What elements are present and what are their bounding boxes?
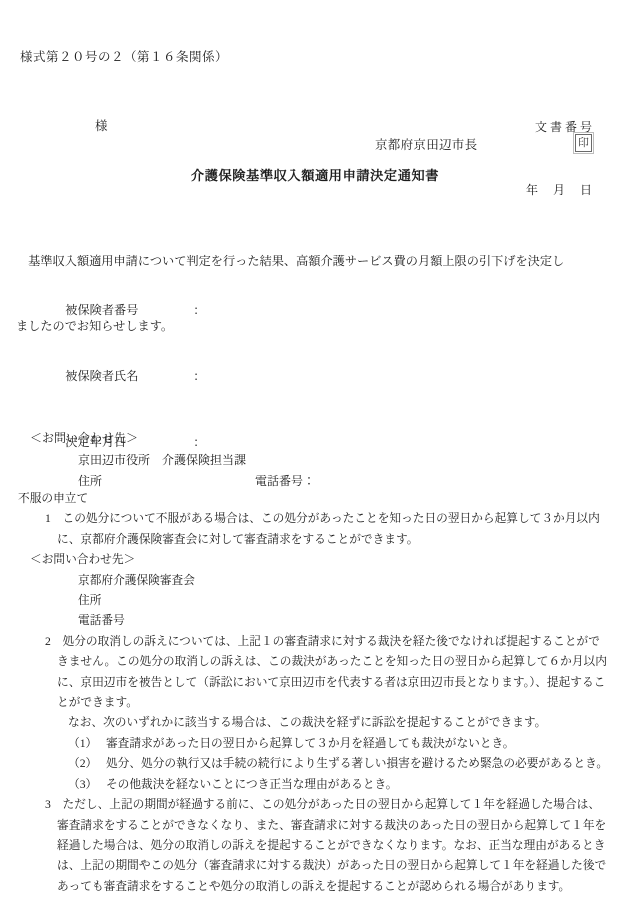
addressee-line: 様 xyxy=(95,116,108,134)
issuer-name: 京都府京田辺市長 xyxy=(375,135,477,153)
contact-office: 京田辺市役所 介護保険担当課 xyxy=(0,450,630,472)
appeal-heading: 不服の申立て xyxy=(0,489,630,509)
appeal-line: （1） 審査請求があった日の翌日から起算して３か月を経過しても裁決がないとき。 xyxy=(0,734,630,754)
appeal-line: 審査請求をすることができなくなり、また、審査請求に対する裁決のあった日の翌日から… xyxy=(0,816,630,836)
appeal-line: 住所 xyxy=(0,591,630,611)
field-insured-name: 被保険者氏名： xyxy=(47,343,205,409)
appeal-line: 1 この処分について不服がある場合は、この処分があったことを知った日の翌日から起… xyxy=(0,509,630,529)
issuer-row: 京都府京田辺市長 印 xyxy=(0,135,630,157)
field-colon: ： xyxy=(193,369,205,383)
contact-heading: ＜お問い合わせ先＞ xyxy=(0,428,630,450)
notice-body-line: 基準収入額適用申請について判定を行った結果、高額介護サービス費の月額上限の引下げ… xyxy=(16,251,620,273)
contact-section: ＜お問い合わせ先＞ 京田辺市役所 介護保険担当課 住所 電話番号： xyxy=(0,428,630,493)
appeal-line: 2 処分の取消しの訴えについては、上記１の審査請求に対する裁決を経た後でなければ… xyxy=(0,632,630,652)
appeal-line: 経過した場合は、処分の取消しの訴えを提起することができなくなります。なお、正当な… xyxy=(0,836,630,856)
contact-address-label: 住所 xyxy=(78,474,102,488)
appeal-lines: 1 この処分について不服がある場合は、この処分があったことを知った日の翌日から起… xyxy=(0,509,630,897)
field-label: 被保険者番号 xyxy=(65,299,193,321)
document-title: 介護保険基準収入額適用申請決定通知書 xyxy=(0,165,630,184)
appeal-line: （2） 処分、処分の執行又は手続の続行により生ずる著しい損害を避けるため緊急の必… xyxy=(0,754,630,774)
seal-stamp: 印 xyxy=(575,134,592,152)
appeal-line: あっても審査請求をすることや処分の取消しの訴えを提起することが認められる場合があ… xyxy=(0,877,630,897)
appeal-line: 京都府介護保険審査会 xyxy=(0,571,630,591)
field-label: 被保険者氏名 xyxy=(65,365,193,387)
appeal-line: に、京田辺市を被告として（訴訟において京田辺市を代表する者は京田辺市長となります… xyxy=(0,673,630,693)
addressee-honorific: 様 xyxy=(95,119,108,133)
appeal-line: 電話番号 xyxy=(0,611,630,631)
appeal-section: 不服の申立て 1 この処分について不服がある場合は、この処分があったことを知った… xyxy=(0,489,630,897)
appeal-line: 3 ただし、上記の期間が経過する前に、この処分があった日の翌日から起算して１年を… xyxy=(0,795,630,815)
appeal-line: に、京都府介護保険審査会に対して審査請求をすることができます。 xyxy=(0,530,630,550)
appeal-line: なお、次のいずれかに該当する場合は、この裁決を経ずに訴訟を提起することができます… xyxy=(0,713,630,733)
field-insured-number: 被保険者番号： xyxy=(47,277,205,343)
form-number: 様式第２０号の２（第１６条関係） xyxy=(20,47,228,65)
appeal-line: きません。この処分の取消しの訴えは、この裁決があったことを知った日の翌日から起算… xyxy=(0,652,630,672)
appeal-line: ＜お問い合わせ先＞ xyxy=(0,550,630,570)
appeal-line: は、上記の期間やこの処分（審査請求に対する裁決）があった日の翌日から起算して１年… xyxy=(0,856,630,876)
document-page: 様式第２０号の２（第１６条関係） 文 書 番 号 年 月 日 様 京都府京田辺市… xyxy=(0,0,630,915)
appeal-line: （3） その他裁決を経ないことにつき正当な理由があるとき。 xyxy=(0,775,630,795)
field-colon: ： xyxy=(193,303,205,317)
appeal-line: とができます。 xyxy=(0,693,630,713)
